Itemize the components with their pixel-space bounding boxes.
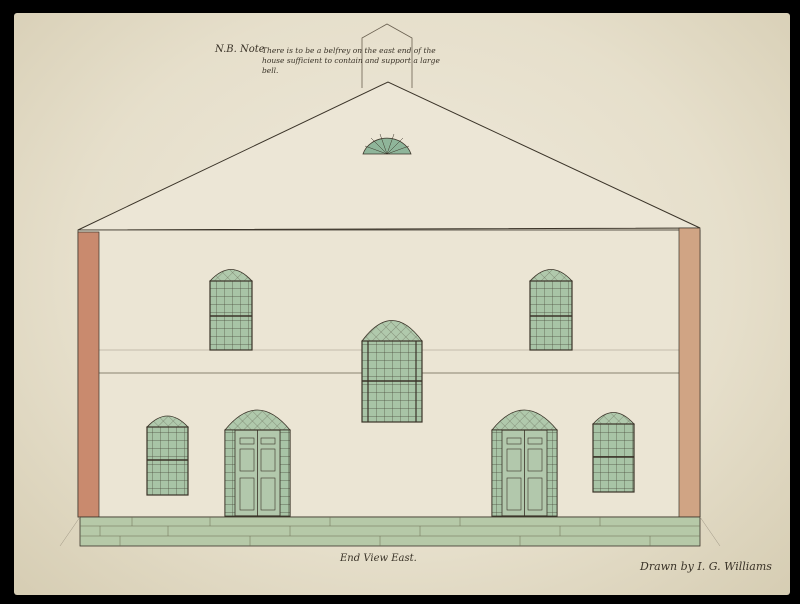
upper-right-window: [530, 270, 572, 351]
belfry-note: There is to be a belfrey on the east end…: [262, 46, 442, 76]
lower-right-window: [593, 413, 634, 493]
pediment: [78, 82, 700, 230]
signature: Drawn by I. G. Williams: [640, 560, 772, 573]
lower-left-window: [147, 416, 188, 495]
right-door: [492, 410, 557, 516]
elevation-drawing: [0, 0, 800, 604]
drawing-caption: End View East.: [340, 553, 417, 564]
steps: [60, 517, 720, 546]
left-door: [225, 410, 290, 516]
note-label: N.B. Note: [215, 44, 265, 55]
upper-left-window: [210, 270, 252, 351]
center-window: [362, 321, 422, 423]
